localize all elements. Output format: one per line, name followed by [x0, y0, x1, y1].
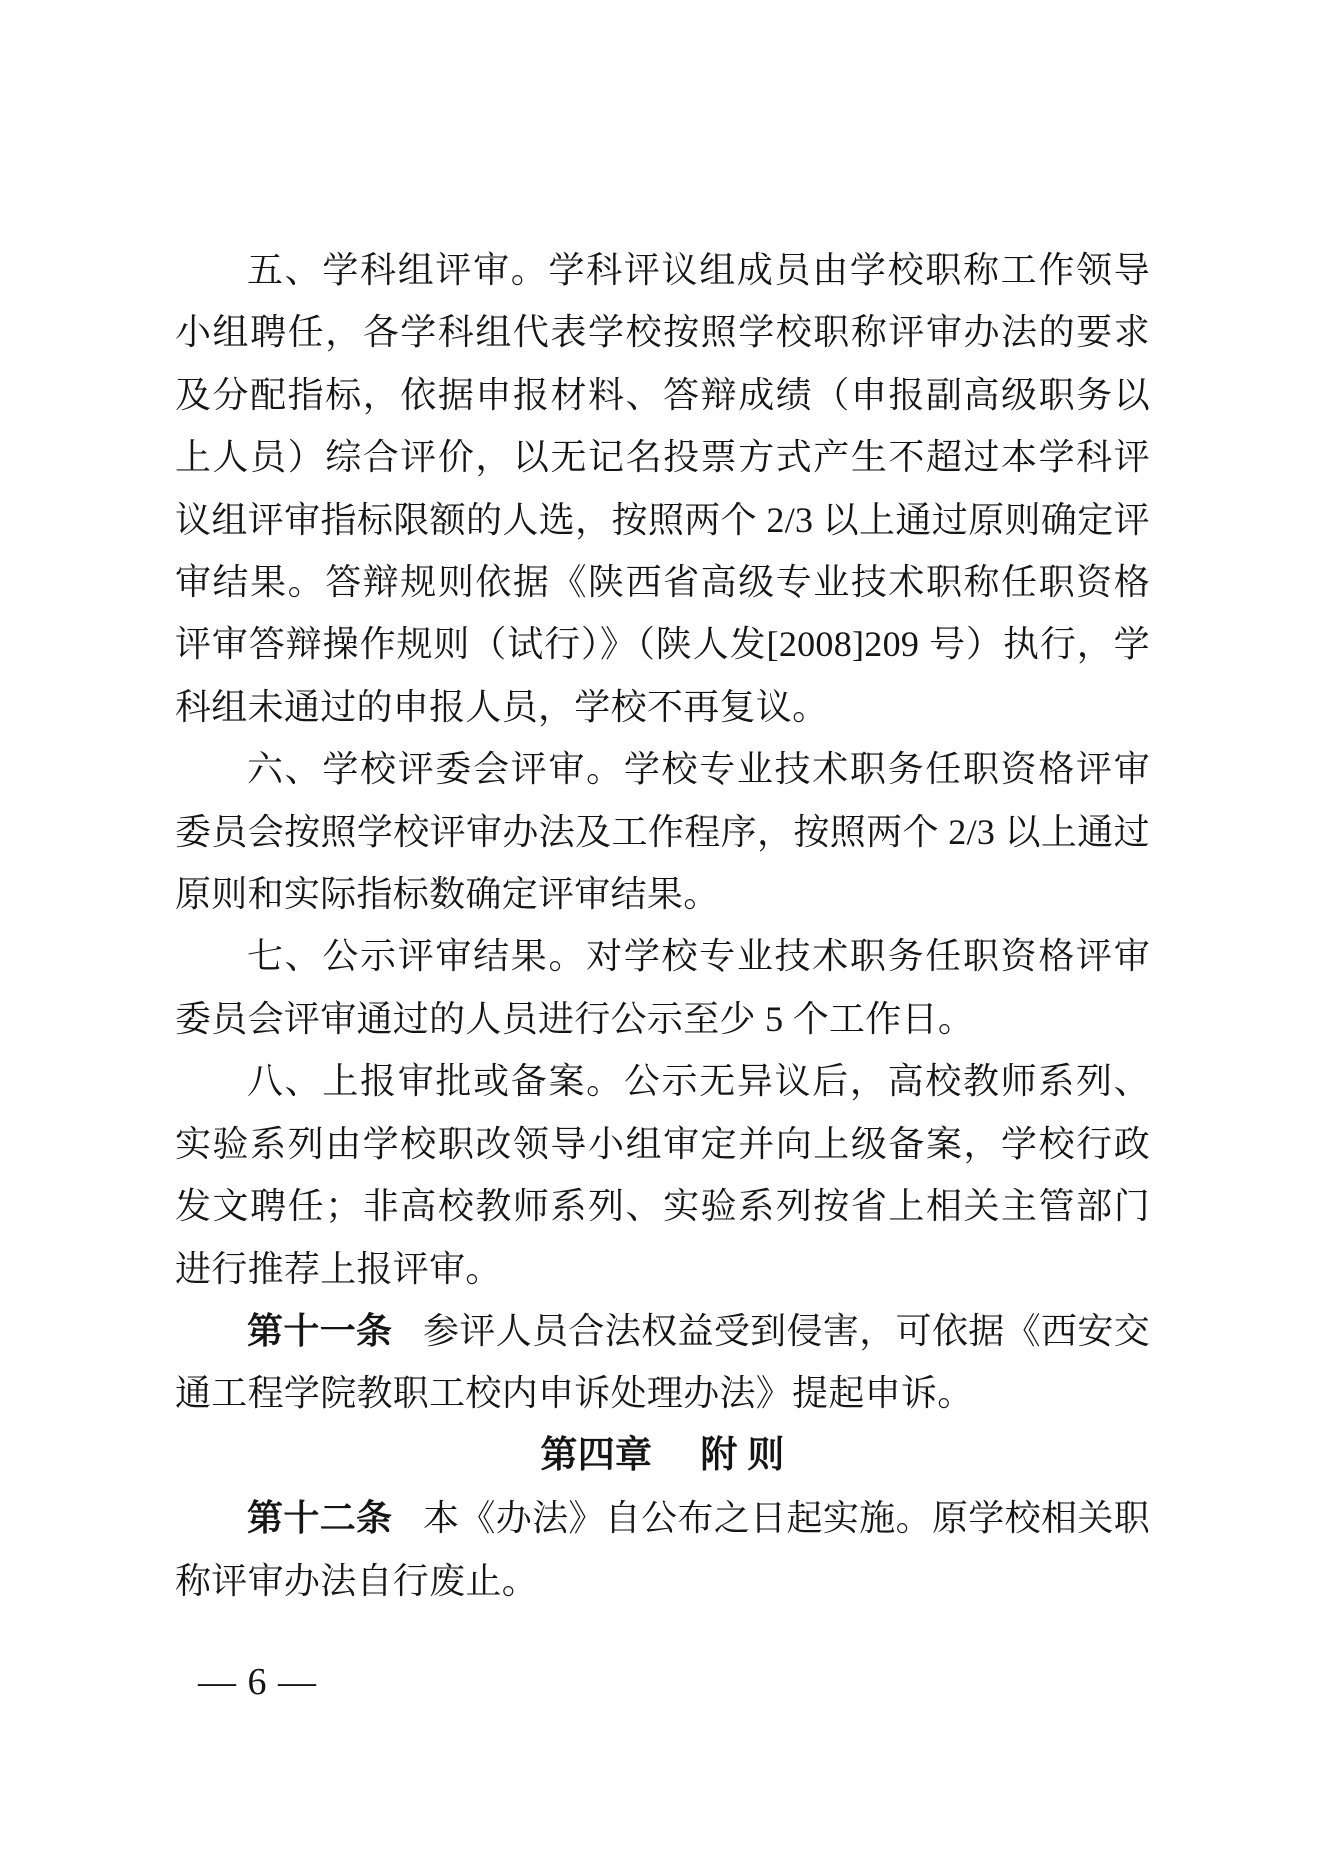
document-page: 五、学科组评审。学科评议组成员由学校职称工作领导小组聘任，各学科组代表学校按照学…: [0, 0, 1323, 1871]
chapter-number: 第四章: [540, 1435, 652, 1476]
article-12-paragraph: 第十二条本《办法》自公布之日起实施。原学校相关职称评审办法自行废止。: [175, 1487, 1150, 1612]
document-body: 五、学科组评审。学科评议组成员由学校职称工作领导小组聘任，各学科组代表学校按照学…: [175, 239, 1150, 1612]
article-12-label: 第十二条: [247, 1498, 392, 1538]
page-number: — 6 —: [198, 1651, 317, 1713]
paragraph-item-7: 七、公示评审结果。对学校专业技术职务任职资格评审委员会评审通过的人员进行公示至少…: [175, 925, 1150, 1050]
chapter-title: 附 则: [700, 1435, 784, 1476]
article-11-paragraph: 第十一条参评人员合法权益受到侵害，可依据《西安交通工程学院教职工校内申诉处理办法…: [175, 1300, 1150, 1425]
chapter-heading: 第四章附 则: [175, 1425, 1150, 1487]
paragraph-item-5: 五、学科组评审。学科评议组成员由学校职称工作领导小组聘任，各学科组代表学校按照学…: [175, 239, 1150, 738]
paragraph-item-8: 八、上报审批或备案。公示无异议后，高校教师系列、实验系列由学校职改领导小组审定并…: [175, 1050, 1150, 1300]
paragraph-item-6: 六、学校评委会评审。学校专业技术职务任职资格评审委员会按照学校评审办法及工作程序…: [175, 738, 1150, 925]
article-11-label: 第十一条: [247, 1311, 392, 1351]
